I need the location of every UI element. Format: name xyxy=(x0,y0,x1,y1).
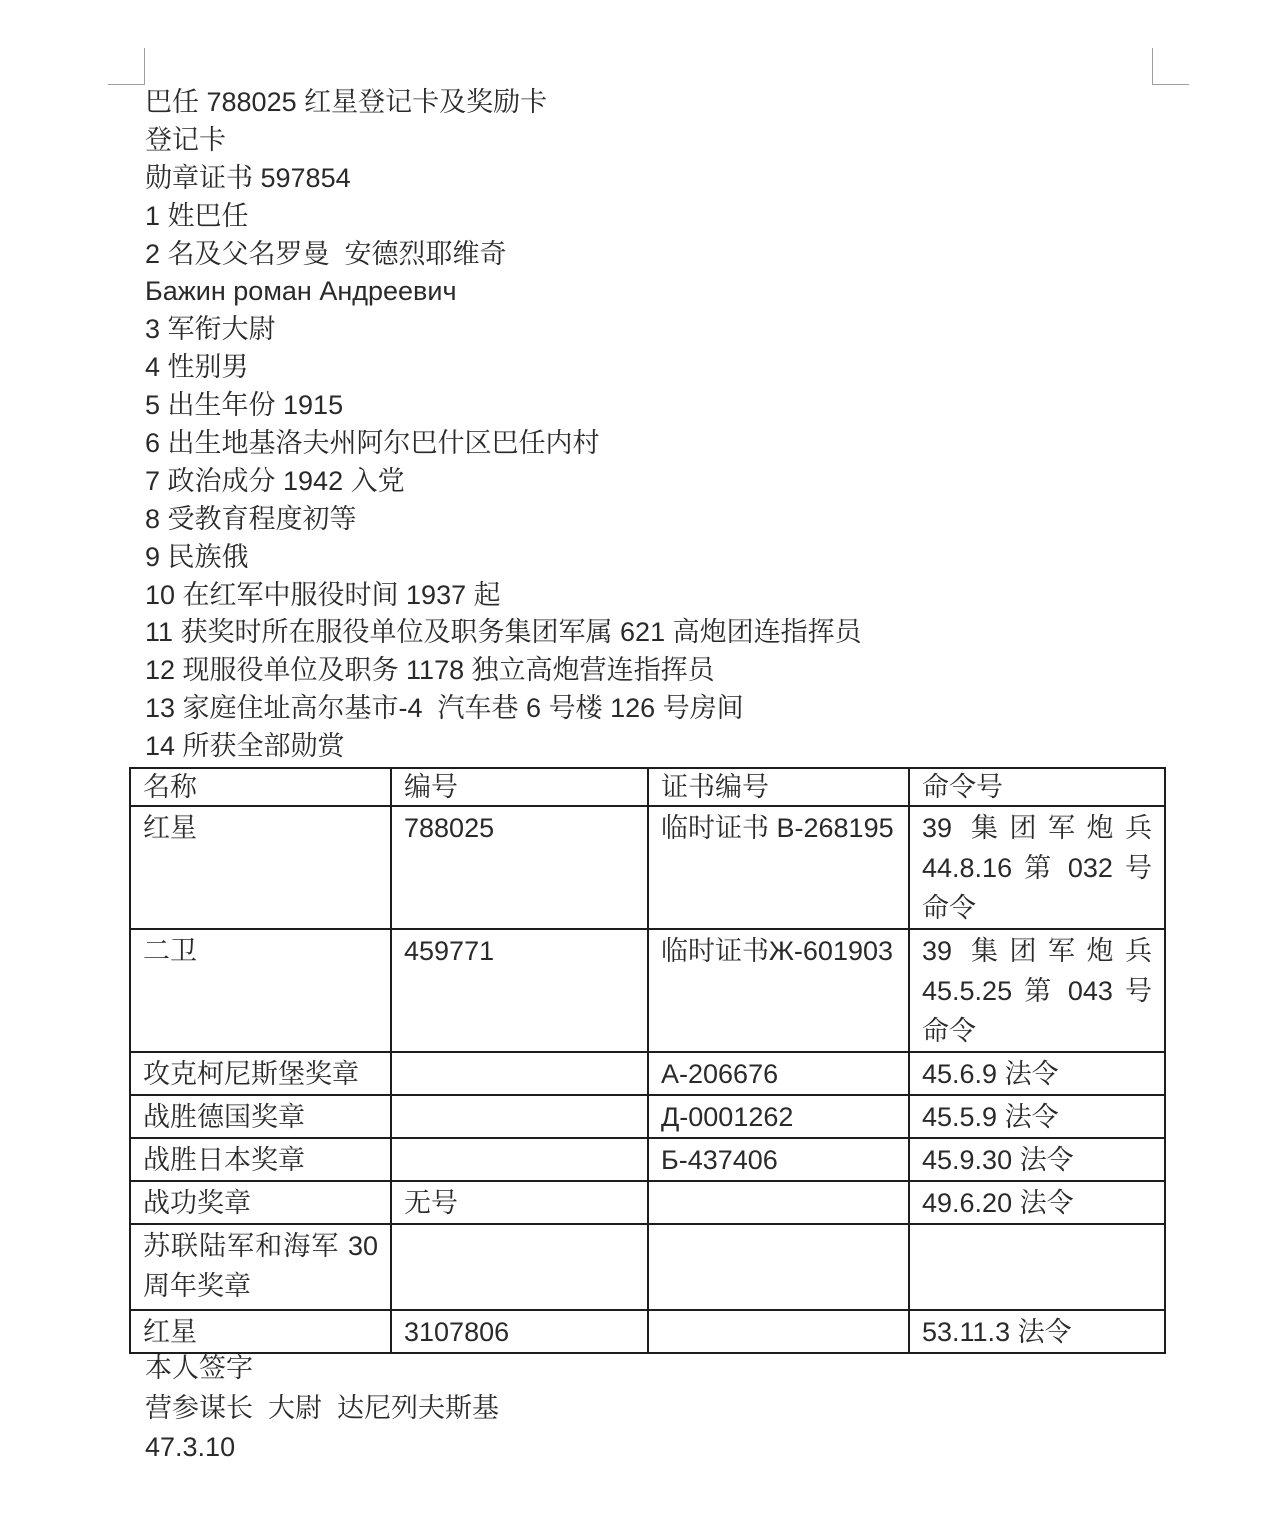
margin-corner-mark-top-right-icon xyxy=(1152,48,1189,85)
document-line: 4 性别男 xyxy=(145,349,1175,387)
table-cell: 战胜日本奖章 xyxy=(130,1138,391,1181)
document-line: 5 出生年份 1915 xyxy=(145,387,1175,425)
table-cell xyxy=(909,1224,1165,1310)
table-cell: 临时证书Ж-601903 xyxy=(648,929,909,1052)
document-line: 8 受教育程度初等 xyxy=(145,501,1175,539)
document-line: 7 政治成分 1942 入党 xyxy=(145,463,1175,501)
table-cell: 39 集团军炮兵 45.5.25 第 043 号命令 xyxy=(909,929,1165,1052)
table-row: 战胜德国奖章 Д-0001262 45.5.9 法令 xyxy=(130,1095,1165,1138)
table-cell xyxy=(648,1224,909,1310)
document-line: 登记卡 xyxy=(145,122,1175,160)
col-header-certificate-number: 证书编号 xyxy=(648,768,909,806)
table-cell: 53.11.3 法令 xyxy=(909,1310,1165,1353)
col-header-number: 编号 xyxy=(391,768,648,806)
table-cell: Д-0001262 xyxy=(648,1095,909,1138)
document-line: 1 姓巴任 xyxy=(145,198,1175,236)
table-cell xyxy=(648,1310,909,1353)
document-line: 2 名及父名罗曼 安德烈耶维奇 xyxy=(145,236,1175,274)
table-cell: 战功奖章 xyxy=(130,1181,391,1224)
table-row: 红星 3107806 53.11.3 法令 xyxy=(130,1310,1165,1353)
document-line: 3 军衔大尉 xyxy=(145,311,1175,349)
document-line: 14 所获全部勋赏 xyxy=(145,728,1175,766)
table-cell: 459771 xyxy=(391,929,648,1052)
table-cell: 45.6.9 法令 xyxy=(909,1052,1165,1095)
table-cell xyxy=(391,1052,648,1095)
table-cell: 红星 xyxy=(130,806,391,929)
document-line: 勋章证书 597854 xyxy=(145,160,1175,198)
table-row: 二卫 459771 临时证书Ж-601903 39 集团军炮兵 45.5.25 … xyxy=(130,929,1165,1052)
table-row: 苏联陆军和海军 30 周年奖章 xyxy=(130,1224,1165,1310)
table-cell: 攻克柯尼斯堡奖章 xyxy=(130,1052,391,1095)
table-cell xyxy=(391,1224,648,1310)
document-footer: 本人签字 营参谋长 大尉 达尼列夫斯基 47.3.10 xyxy=(145,1349,1045,1468)
date-line: 47.3.10 xyxy=(145,1428,1045,1468)
document-line-cyrillic-name: Бажин роман Андреевич xyxy=(145,273,1175,311)
table-cell: 临时证书 B-268195 xyxy=(648,806,909,929)
col-header-name: 名称 xyxy=(130,768,391,806)
document-line: 10 在红军中服役时间 1937 起 xyxy=(145,577,1175,615)
table-cell: 苏联陆军和海军 30 周年奖章 xyxy=(130,1224,391,1310)
document-title-line: 巴任 788025 红星登记卡及奖励卡 xyxy=(145,84,1175,122)
col-header-order-number: 命令号 xyxy=(909,768,1165,806)
table-row: 攻克柯尼斯堡奖章 А-206676 45.6.9 法令 xyxy=(130,1052,1165,1095)
document-line: 6 出生地基洛夫州阿尔巴什区巴任内村 xyxy=(145,425,1175,463)
table-row: 战功奖章 无号 49.6.20 法令 xyxy=(130,1181,1165,1224)
document-line: 12 现服役单位及职务 1178 独立高炮营连指挥员 xyxy=(145,652,1175,690)
margin-corner-mark-top-left-icon xyxy=(108,48,145,85)
table-cell: А-206676 xyxy=(648,1052,909,1095)
officer-signature-line: 营参谋长 大尉 达尼列夫斯基 xyxy=(145,1389,1045,1429)
document-line: 13 家庭住址高尔基市-4 汽车巷 6 号楼 126 号房间 xyxy=(145,690,1175,728)
table-cell: 49.6.20 法令 xyxy=(909,1181,1165,1224)
table-cell: 二卫 xyxy=(130,929,391,1052)
table-row: 战胜日本奖章 Б-437406 45.9.30 法令 xyxy=(130,1138,1165,1181)
table-cell xyxy=(391,1138,648,1181)
document-page: 巴任 788025 红星登记卡及奖励卡 登记卡 勋章证书 597854 1 姓巴… xyxy=(0,0,1280,1537)
table-cell: 45.5.9 法令 xyxy=(909,1095,1165,1138)
table-cell: 39 集团军炮兵 44.8.16 第 032 号命令 xyxy=(909,806,1165,929)
awards-table: 名称 编号 证书编号 命令号 红星 788025 临时证书 B-268195 3… xyxy=(129,767,1166,1354)
document-body: 巴任 788025 红星登记卡及奖励卡 登记卡 勋章证书 597854 1 姓巴… xyxy=(145,84,1175,766)
table-cell xyxy=(648,1181,909,1224)
table-cell: 无号 xyxy=(391,1181,648,1224)
table-header-row: 名称 编号 证书编号 命令号 xyxy=(130,768,1165,806)
table-cell: 788025 xyxy=(391,806,648,929)
table-cell: 3107806 xyxy=(391,1310,648,1353)
document-line: 11 获奖时所在服役单位及职务集团军属 621 高炮团连指挥员 xyxy=(145,614,1175,652)
table-cell: 战胜德国奖章 xyxy=(130,1095,391,1138)
table-row: 红星 788025 临时证书 B-268195 39 集团军炮兵 44.8.16… xyxy=(130,806,1165,929)
signature-label-line: 本人签字 xyxy=(145,1349,1045,1389)
document-line: 9 民族俄 xyxy=(145,539,1175,577)
table-cell: Б-437406 xyxy=(648,1138,909,1181)
table-cell: 45.9.30 法令 xyxy=(909,1138,1165,1181)
table-cell: 红星 xyxy=(130,1310,391,1353)
table-cell xyxy=(391,1095,648,1138)
